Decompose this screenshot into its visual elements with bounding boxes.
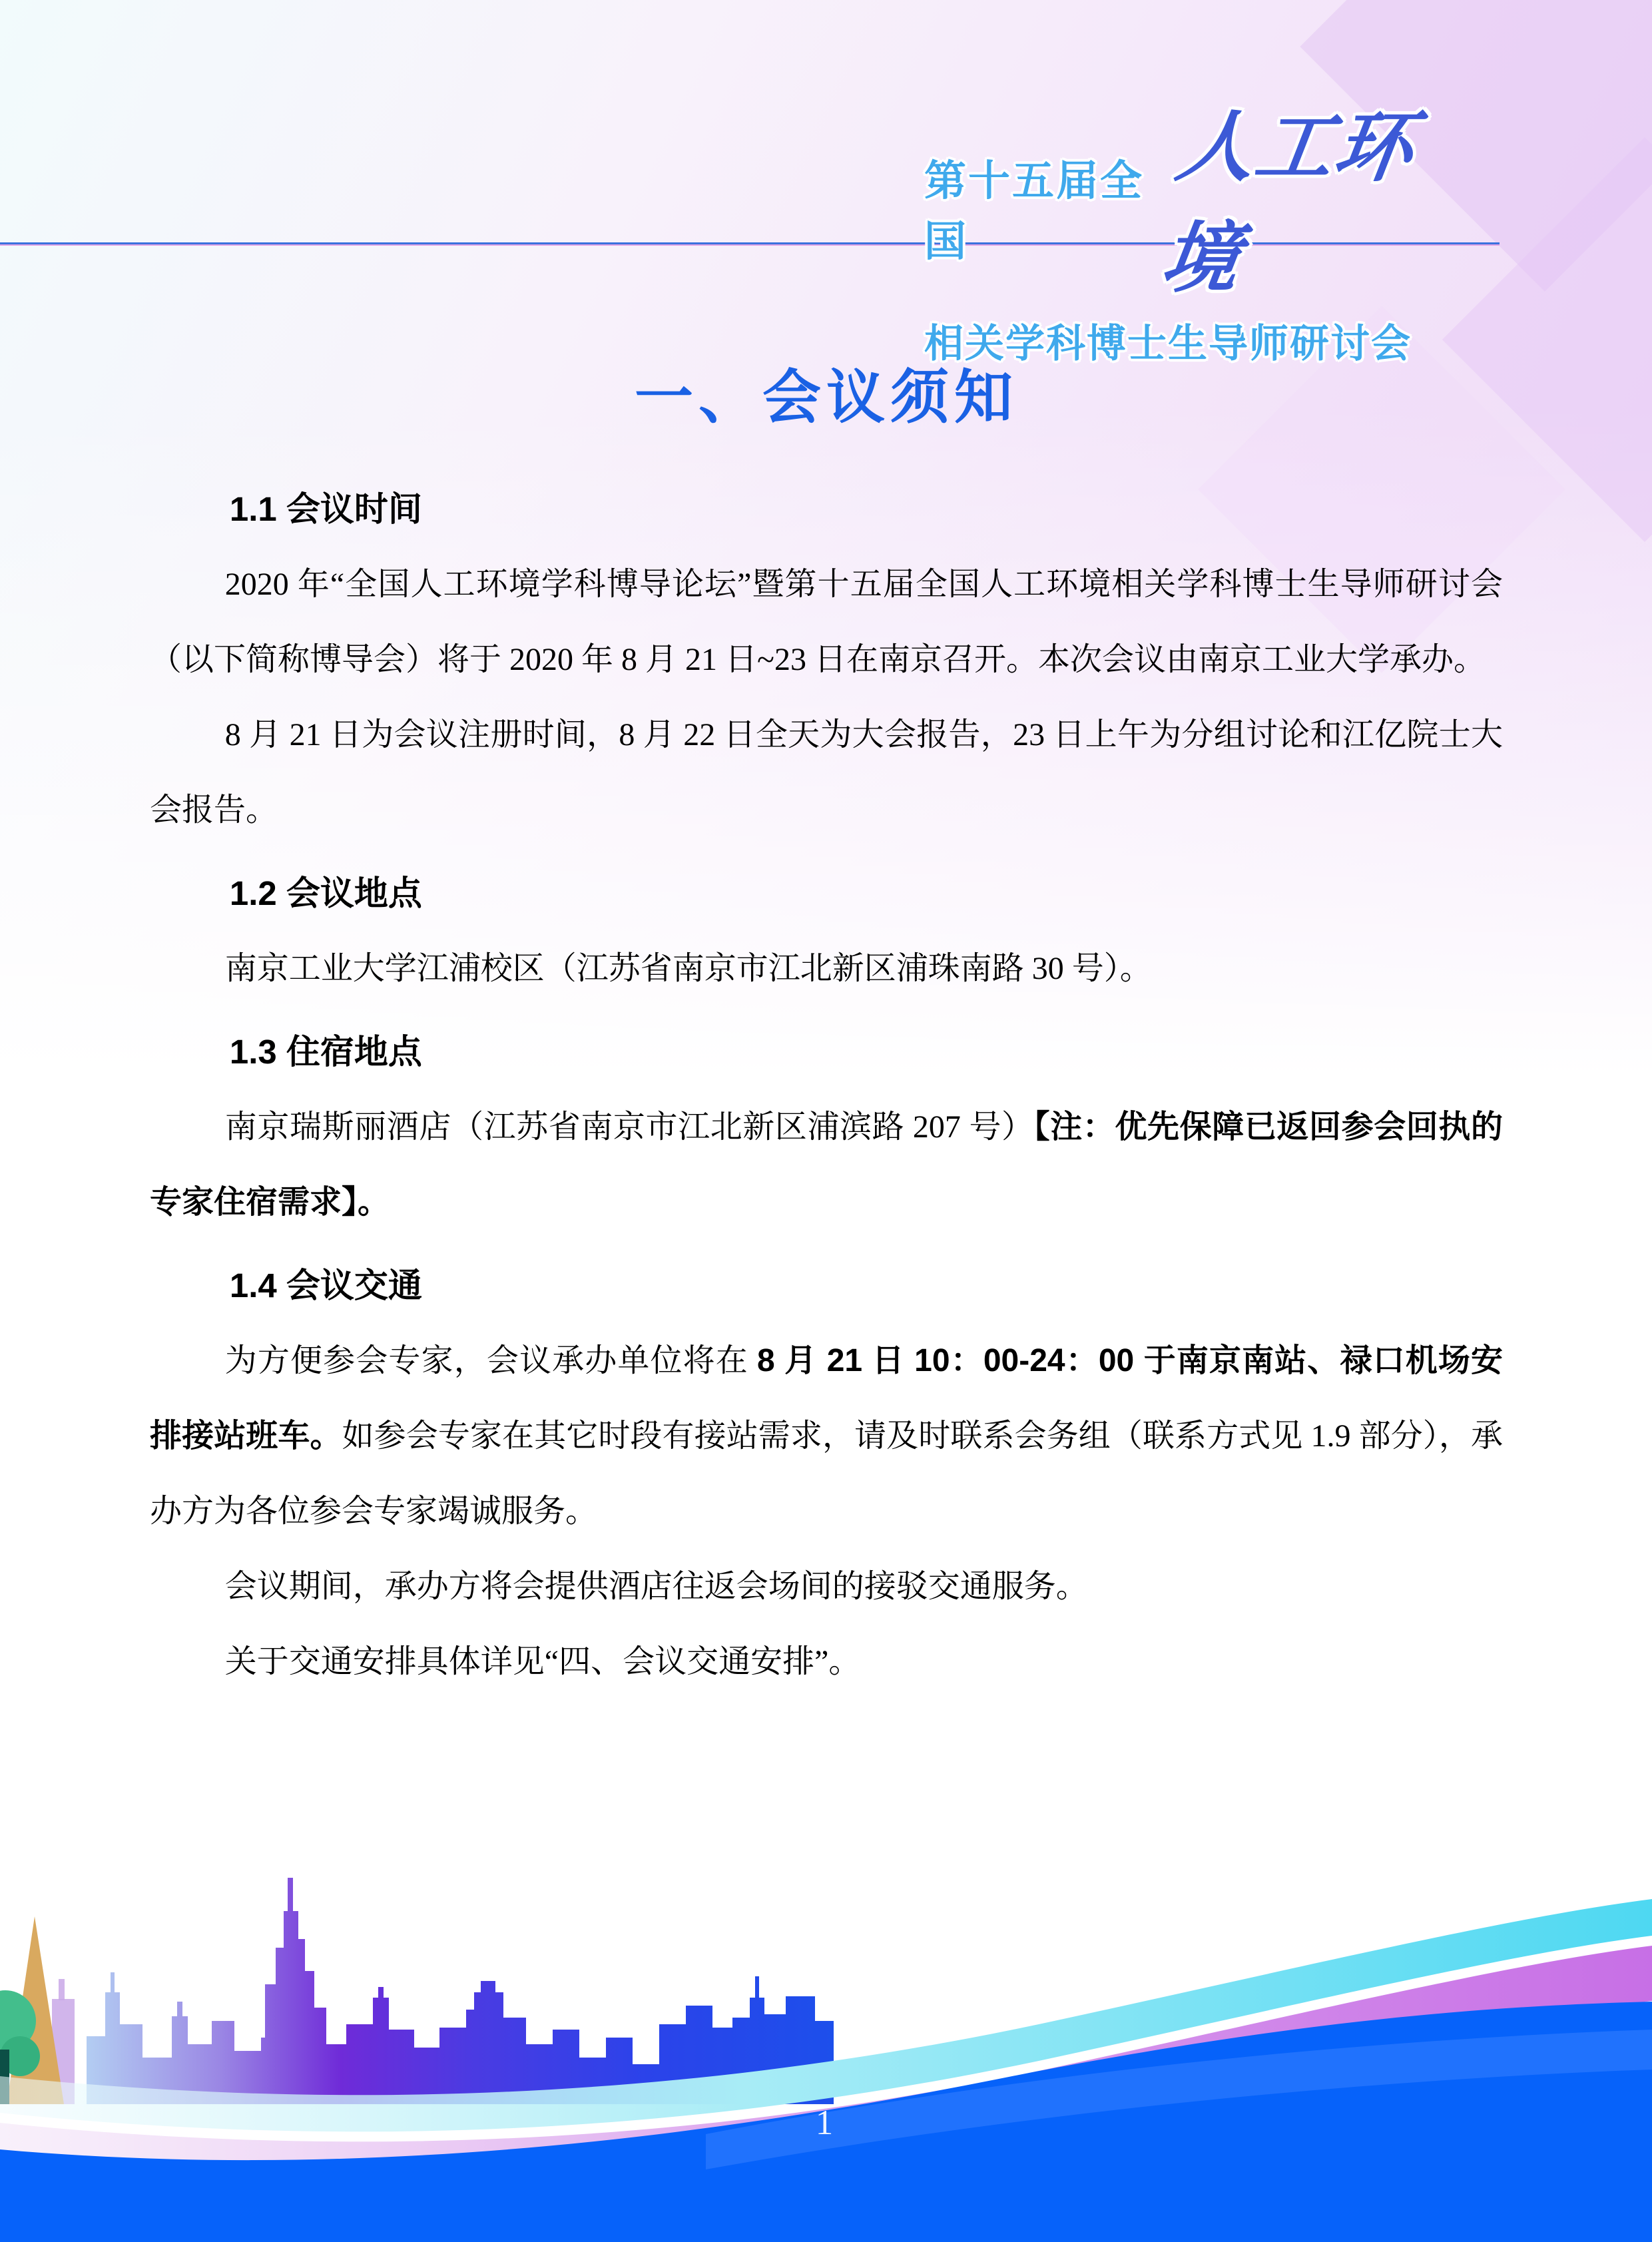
text-run: 为方便参会专家，会议承办单位将在 [225, 1343, 757, 1378]
text-run: 2020 年“全国人工环境学科博导论坛”暨第十五届全国人工环境相关学科博士生导师… [150, 567, 1503, 677]
section-heading-1-1: 1.1 会议时间 [150, 471, 1503, 547]
text-run: 会议期间，承办方将会提供酒店往返会场间的接驳交通服务。 [225, 1569, 1088, 1604]
logo-top-row: 第十五届全国 人工环境 [924, 85, 1444, 308]
text-run: 南京瑞斯丽酒店（江苏省南京市江北新区浦滨路 207 号） [225, 1109, 1034, 1145]
paragraph: 会议期间，承办方将会提供酒店往返会场间的接驳交通服务。 [150, 1549, 1503, 1624]
paragraph: 8 月 21 日为会议注册时间，8 月 22 日全天为大会报告，23 日上午为分… [150, 697, 1503, 848]
small-tower-spire [59, 1979, 65, 2000]
paragraph: 南京工业大学江浦校区（江苏省南京市江北新区浦珠南路 30 号）。 [150, 931, 1503, 1006]
document-body: 1.1 会议时间 2020 年“全国人工环境学科博导论坛”暨第十五届全国人工环境… [150, 471, 1503, 1699]
text-run: 南京工业大学江浦校区（江苏省南京市江北新区浦珠南路 30 号）。 [225, 951, 1152, 986]
logo-subtitle-text: 相关学科博士生导师研讨会 [924, 312, 1444, 368]
text-run: 8 月 21 日为会议注册时间，8 月 22 日全天为大会报告，23 日上午为分… [150, 717, 1503, 828]
conference-logo: 第十五届全国 人工环境 相关学科博士生导师研讨会 [924, 85, 1444, 368]
text-run: 关于交通安排具体详见“四、会议交通安排”。 [225, 1644, 861, 1679]
paragraph: 关于交通安排具体详见“四、会议交通安排”。 [150, 1624, 1503, 1699]
section-heading-1-2: 1.2 会议地点 [150, 856, 1503, 931]
document-page: 第十五届全国 人工环境 相关学科博士生导师研讨会 一、会议须知 1.1 会议时间… [0, 0, 1652, 2242]
footer-illustration [0, 1803, 1652, 2242]
skyline-silhouette [87, 1878, 834, 2104]
section-heading-1-3: 1.3 住宿地点 [150, 1014, 1503, 1089]
logo-brand-text: 人工环境 [1155, 85, 1460, 308]
logo-edition-text: 第十五届全国 [924, 147, 1153, 268]
paragraph: 2020 年“全国人工环境学科博导论坛”暨第十五届全国人工环境相关学科博士生导师… [150, 547, 1503, 697]
paragraph: 南京瑞斯丽酒店（江苏省南京市江北新区浦滨路 207 号）【注：优先保障已返回参会… [150, 1089, 1503, 1240]
page-number: 1 [758, 2103, 891, 2143]
text-run: 如参会专家在其它时段有接站需求，请及时联系会务组（联系方式见 1.9 部分），承… [150, 1418, 1503, 1529]
paragraph: 为方便参会专家，会议承办单位将在 8 月 21 日 10：00-24：00 于南… [150, 1323, 1503, 1549]
section-heading-1-4: 1.4 会议交通 [150, 1248, 1503, 1323]
